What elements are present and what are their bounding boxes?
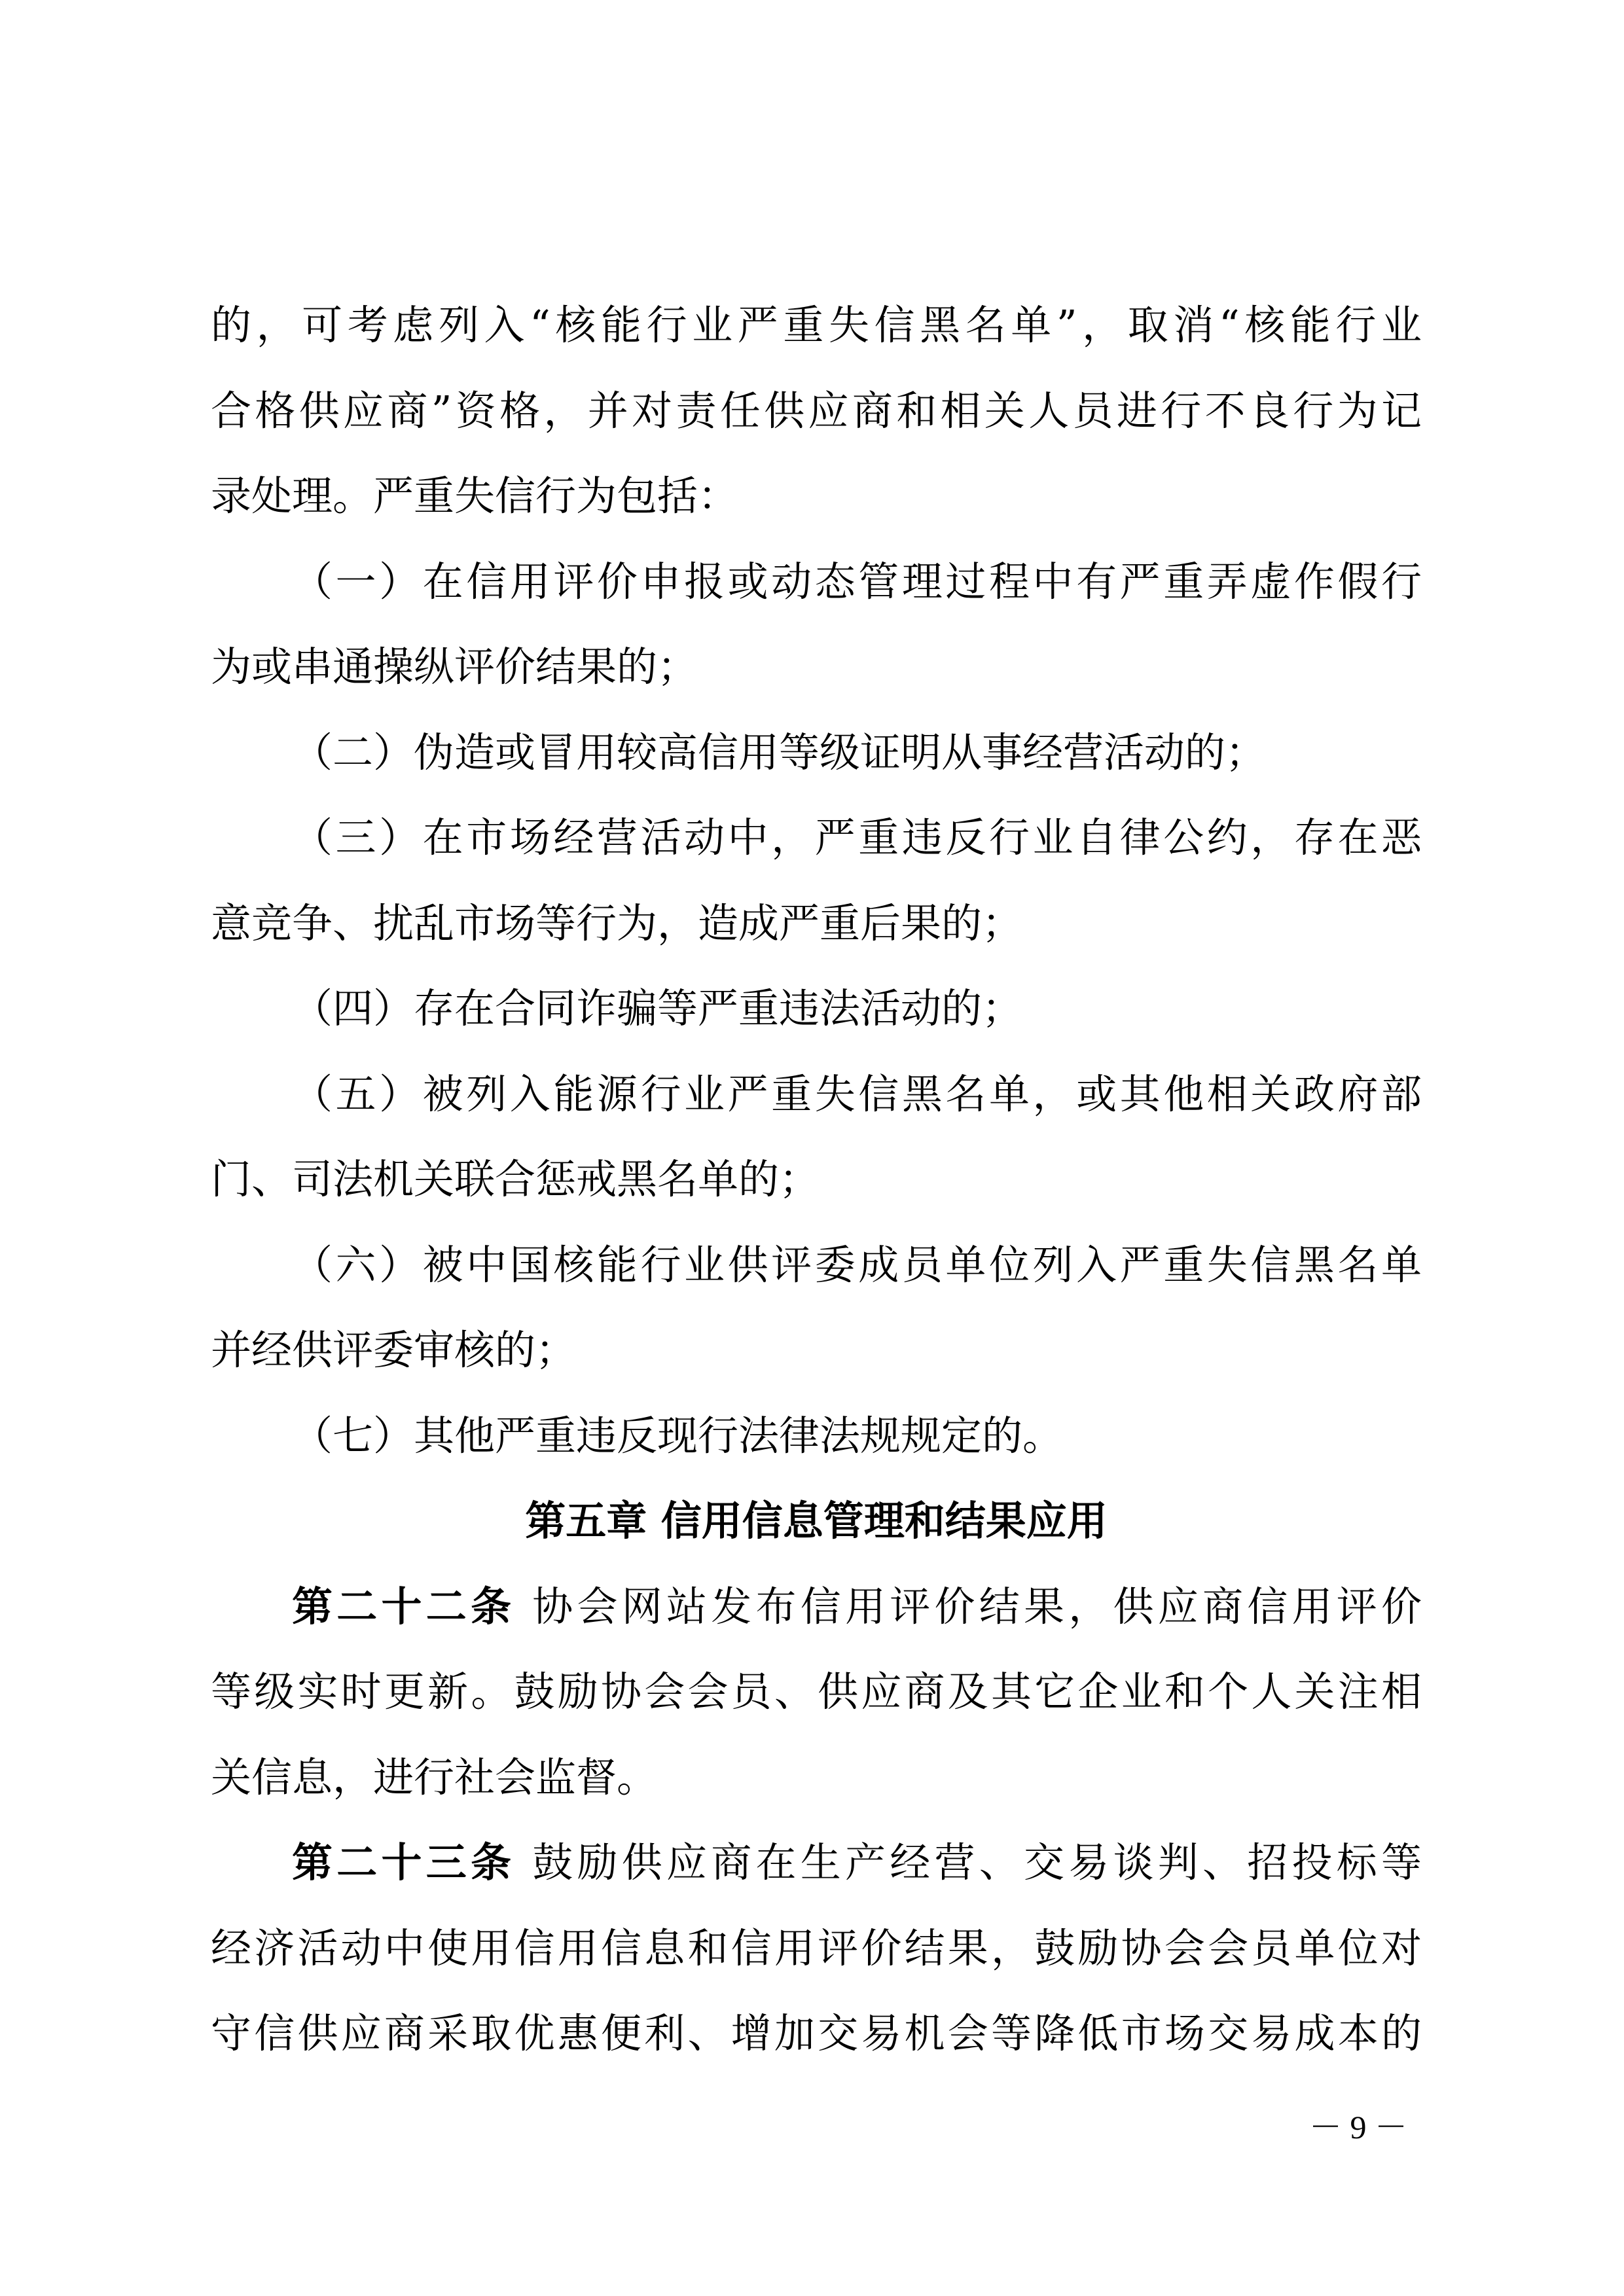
article-22-continuation: 关信息，进行社会监督。 (211, 1735, 1422, 1821)
article-23-label: 第二十三条 (292, 1839, 515, 1886)
article-23-continuation: 经济活动中使用信用信息和信用评价结果，鼓励协会会员单位对 (211, 1906, 1422, 1992)
page-number: － 9 － (1309, 2101, 1407, 2148)
list-item-7: （七）其他严重违反现行法律法规规定的。 (211, 1393, 1422, 1479)
article-23-text: 鼓励供应商在生产经营、交易谈判、招投标等 (515, 1839, 1422, 1886)
article-23-continuation: 守信供应商采取优惠便利、增加交易机会等降低市场交易成本的 (211, 1991, 1422, 2077)
list-item-3-continuation: 意竞争、扰乱市场等行为，造成严重后果的； (211, 881, 1422, 967)
list-item-6-continuation: 并经供评委审核的； (211, 1308, 1422, 1393)
list-item-5: （五）被列入能源行业严重失信黑名单，或其他相关政府部 (211, 1052, 1422, 1138)
chapter-heading: 第五章 信用信息管理和结果应用 (211, 1479, 1422, 1564)
list-item-4: （四）存在合同诈骗等严重违法活动的； (211, 966, 1422, 1052)
list-item-1-continuation: 为或串通操纵评价结果的； (211, 624, 1422, 710)
article-23: 第二十三条 鼓励供应商在生产经营、交易谈判、招投标等 (211, 1820, 1422, 1906)
list-item-6: （六）被中国核能行业供评委成员单位列入严重失信黑名单 (211, 1223, 1422, 1308)
article-22-continuation: 等级实时更新。鼓励协会会员、供应商及其它企业和个人关注相 (211, 1649, 1422, 1735)
body-text-line: 合格供应商”资格，并对责任供应商和相关人员进行不良行为记 (211, 368, 1422, 454)
article-22-label: 第二十二条 (292, 1583, 515, 1630)
list-item-1: （一）在信用评价申报或动态管理过程中有严重弄虚作假行 (211, 539, 1422, 625)
article-22: 第二十二条 协会网站发布信用评价结果，供应商信用评价 (211, 1564, 1422, 1650)
body-text-line: 的，可考虑列入“核能行业严重失信黑名单”，取消“核能行业 (211, 283, 1422, 368)
article-22-text: 协会网站发布信用评价结果，供应商信用评价 (515, 1583, 1422, 1630)
list-item-5-continuation: 门、司法机关联合惩戒黑名单的； (211, 1137, 1422, 1223)
list-item-3: （三）在市场经营活动中，严重违反行业自律公约，存在恶 (211, 795, 1422, 881)
document-page: 的，可考虑列入“核能行业严重失信黑名单”，取消“核能行业 合格供应商”资格，并对… (211, 283, 1422, 2077)
list-item-2: （二）伪造或冒用较高信用等级证明从事经营活动的； (211, 710, 1422, 796)
body-text-line: 录处理。严重失信行为包括： (211, 454, 1422, 539)
